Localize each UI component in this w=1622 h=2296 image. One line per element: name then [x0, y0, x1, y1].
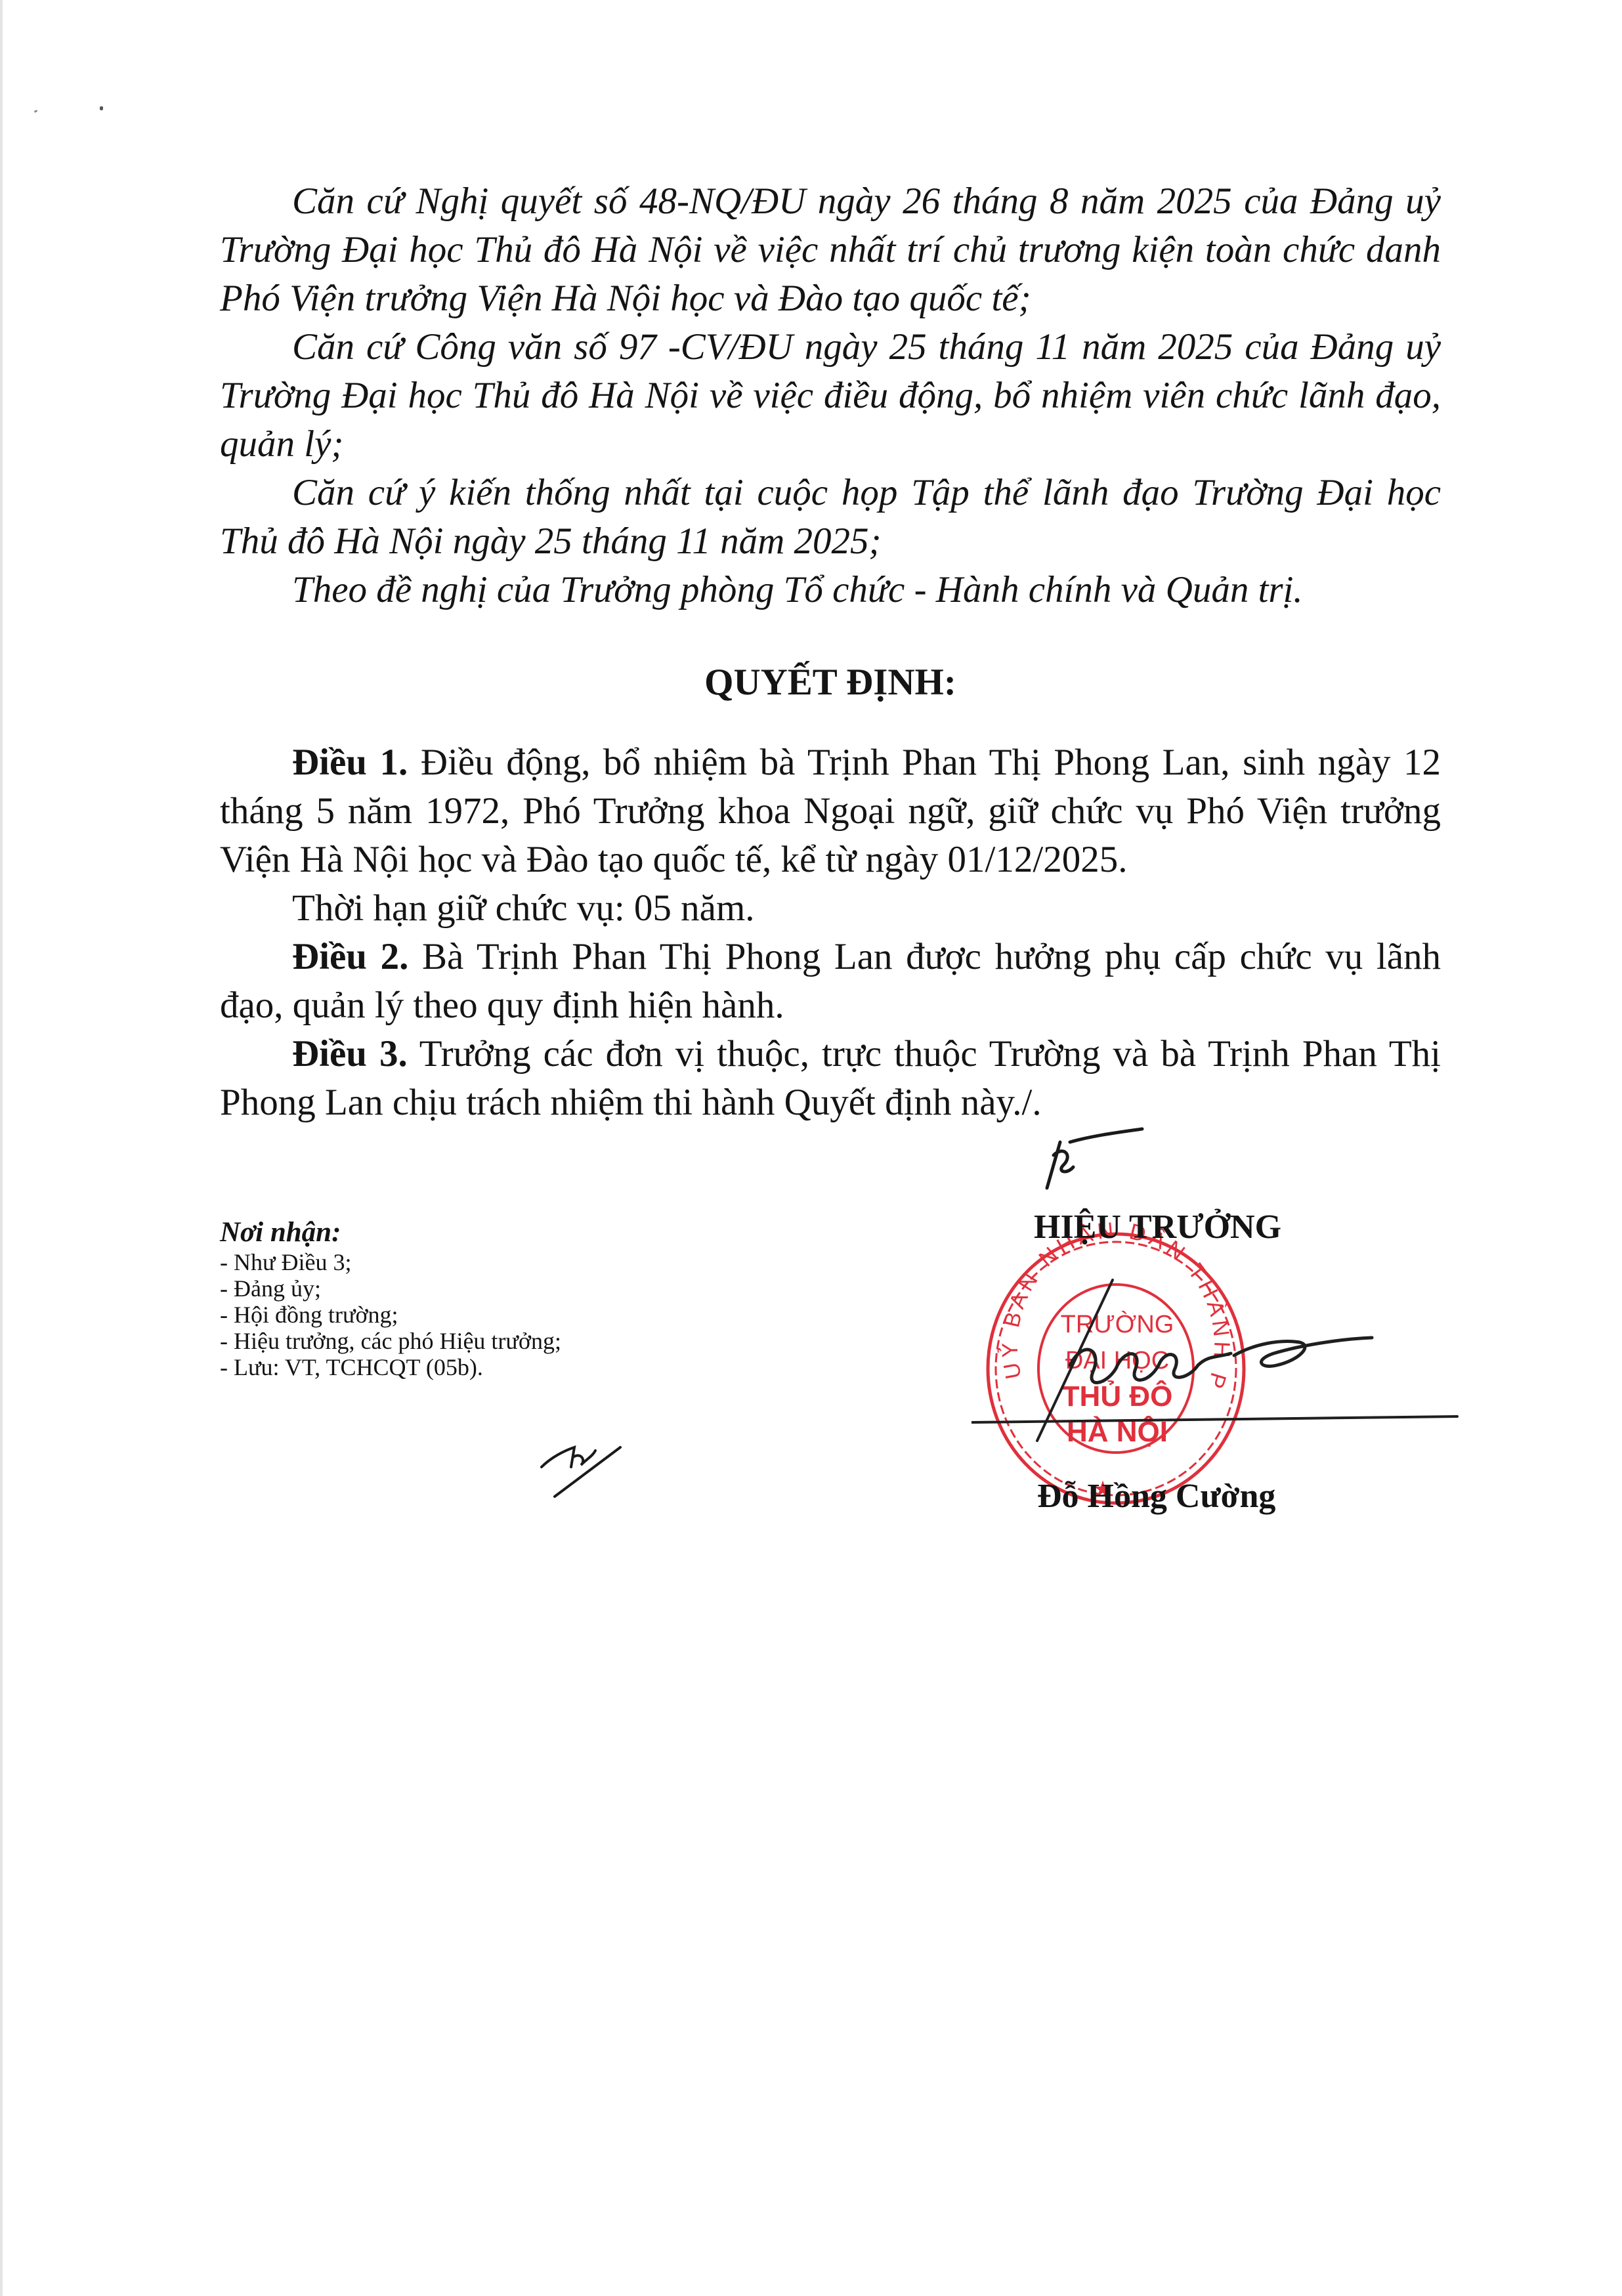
basis-paragraph: Căn cứ Nghị quyết số 48-NQ/ĐU ngày 26 th… [220, 177, 1441, 323]
basis-paragraph: Căn cứ ý kiến thống nhất tại cuộc họp Tậ… [220, 469, 1441, 566]
recipients-block: Nơi nhận: - Như Điều 3; - Đảng ủy; - Hội… [220, 1216, 811, 1380]
signer-name: Đỗ Hồng Cường [1037, 1477, 1275, 1516]
articles-section: Điều 1. Điều động, bổ nhiệm bà Trịnh Pha… [220, 738, 1441, 1127]
scan-speck [34, 110, 38, 113]
decision-heading: QUYẾT ĐỊNH: [220, 660, 1441, 706]
article-label: Điều 2. [292, 936, 408, 977]
recipients-title: Nơi nhận: [220, 1216, 811, 1249]
official-seal-icon: UỶ BAN NHÂN DÂN THÀNH PHỐ HÀ NỘI TRƯỜNG … [978, 1221, 1254, 1510]
document-page: Căn cứ Nghị quyết số 48-NQ/ĐU ngày 26 th… [0, 0, 1622, 2296]
article-2: Điều 2. Bà Trịnh Phan Thị Phong Lan được… [220, 933, 1441, 1030]
stamp-line: TRƯỜNG [1061, 1310, 1174, 1338]
article-label: Điều 1. [292, 742, 408, 783]
recipient-item: - Như Điều 3; [220, 1249, 811, 1275]
stamp-line: HÀ NỘI [1067, 1414, 1168, 1448]
basis-paragraph: Theo đề nghị của Trưởng phòng Tổ chức - … [220, 566, 1441, 614]
basis-paragraph: Căn cứ Công văn số 97 -CV/ĐU ngày 25 thá… [220, 323, 1441, 469]
stamp-line: THỦ ĐÔ [1062, 1379, 1173, 1413]
recipient-item: - Lưu: VT, TCHCQT (05b). [220, 1354, 811, 1380]
signer-title: HIỆU TRƯỞNG [1034, 1208, 1281, 1247]
article-3: Điều 3. Trưởng các đơn vị thuộc, trực th… [220, 1030, 1441, 1127]
stamp-line: ĐẠI HỌC [1065, 1347, 1169, 1374]
recipients-list: - Như Điều 3; - Đảng ủy; - Hội đồng trườ… [220, 1249, 811, 1380]
signature-block: HIỆU TRƯỞNG UỶ BAN NHÂN DÂN THÀNH PHỐ HÀ… [971, 1208, 1470, 1523]
article-1: Điều 1. Điều động, bổ nhiệm bà Trịnh Pha… [220, 738, 1441, 884]
scan-edge [0, 0, 3, 2296]
initials-mark-icon [535, 1431, 633, 1503]
recipient-item: - Hội đồng trường; [220, 1302, 811, 1328]
term-of-office: Thời hạn giữ chức vụ: 05 năm. [220, 884, 1441, 933]
initials-mark-icon [1034, 1116, 1152, 1195]
scan-speck [100, 106, 103, 110]
article-label: Điều 3. [292, 1033, 408, 1074]
recipient-item: - Đảng ủy; [220, 1275, 811, 1302]
article-text: Thời hạn giữ chức vụ: 05 năm. [292, 887, 755, 929]
legal-basis-section: Căn cứ Nghị quyết số 48-NQ/ĐU ngày 26 th… [220, 177, 1441, 614]
recipient-item: - Hiệu trưởng, các phó Hiệu trưởng; [220, 1328, 811, 1354]
